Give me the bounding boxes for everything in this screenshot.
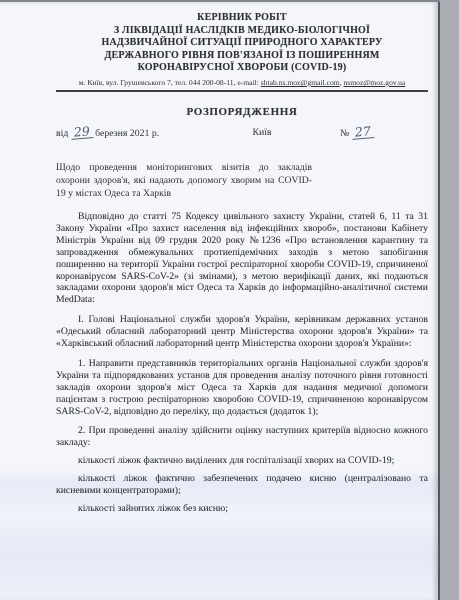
address-text: м. Київ, вул. Грушевського 7, тел. 044 2…: [79, 78, 261, 87]
date-line: від 29 березня 2021 р. Київ № 27: [56, 127, 428, 139]
number-field: № 27: [318, 127, 428, 139]
email-address-2: nsmoz@moz.gov.ua: [343, 78, 405, 87]
date-prefix: від: [56, 128, 68, 139]
document-page: КЕРІВНИК РОБІТ З ЛІКВІДАЦІЇ НАСЛІДКІВ МЕ…: [0, 0, 440, 600]
subject-block: Щодо проведення моніторингових візитів д…: [56, 161, 312, 200]
email-address-1: shtab.ns.moz@gmail.com: [261, 78, 340, 87]
number-label: №: [340, 128, 349, 139]
city-label: Київ: [206, 127, 318, 138]
document-title: РОЗПОРЯДЖЕННЯ: [56, 106, 428, 118]
letterhead-line: ДЕРЖАВНОГО РІВНЯ ПОВ'ЯЗАНОЇ ІЗ ПОШИРЕННЯ…: [56, 50, 428, 63]
letterhead-line: З ЛІКВІДАЦІЇ НАСЛІДКІВ МЕДИКО-БІОЛОГІЧНО…: [56, 25, 428, 38]
paragraph: Відповідно до статті 75 Кодексу цивільно…: [56, 211, 428, 306]
date-field: від 29 березня 2021 р.: [56, 127, 206, 139]
handwritten-day: 29: [70, 126, 93, 140]
letterhead: КЕРІВНИК РОБІТ З ЛІКВІДАЦІЇ НАСЛІДКІВ МЕ…: [56, 12, 428, 75]
paragraph: кількості ліжок фактично виділених для г…: [56, 455, 428, 467]
letterhead-line: КОРОНАВІРУСНОЇ ХВОРОБИ (COVID-19): [56, 62, 428, 75]
paragraph: І. Голові Національної служби здоров'я У…: [56, 314, 428, 350]
paragraph: кількості ліжок фактично забезпечених по…: [56, 473, 428, 497]
date-rest: березня 2021 р.: [95, 128, 159, 139]
paragraph: кількості зайнятих ліжок без кисню;: [56, 503, 428, 515]
letterhead-line: КЕРІВНИК РОБІТ: [56, 12, 428, 25]
page-content: КЕРІВНИК РОБІТ З ЛІКВІДАЦІЇ НАСЛІДКІВ МЕ…: [56, 2, 428, 521]
paragraph: 1. Направити представників територіальни…: [56, 358, 428, 418]
contact-line: м. Київ, вул. Грушевського 7, тел. 044 2…: [56, 78, 428, 92]
handwritten-number: 27: [351, 126, 374, 140]
scanned-document: КЕРІВНИК РОБІТ З ЛІКВІДАЦІЇ НАСЛІДКІВ МЕ…: [0, 0, 459, 600]
document-body: Відповідно до статті 75 Кодексу цивільно…: [56, 211, 428, 515]
letterhead-line: НАДЗВИЧАЙНОЇ СИТУАЦІЇ ПРИРОДНОГО ХАРАКТЕ…: [56, 37, 428, 50]
paragraph: 2. При проведенні аналізу здійснити оцін…: [56, 425, 428, 449]
